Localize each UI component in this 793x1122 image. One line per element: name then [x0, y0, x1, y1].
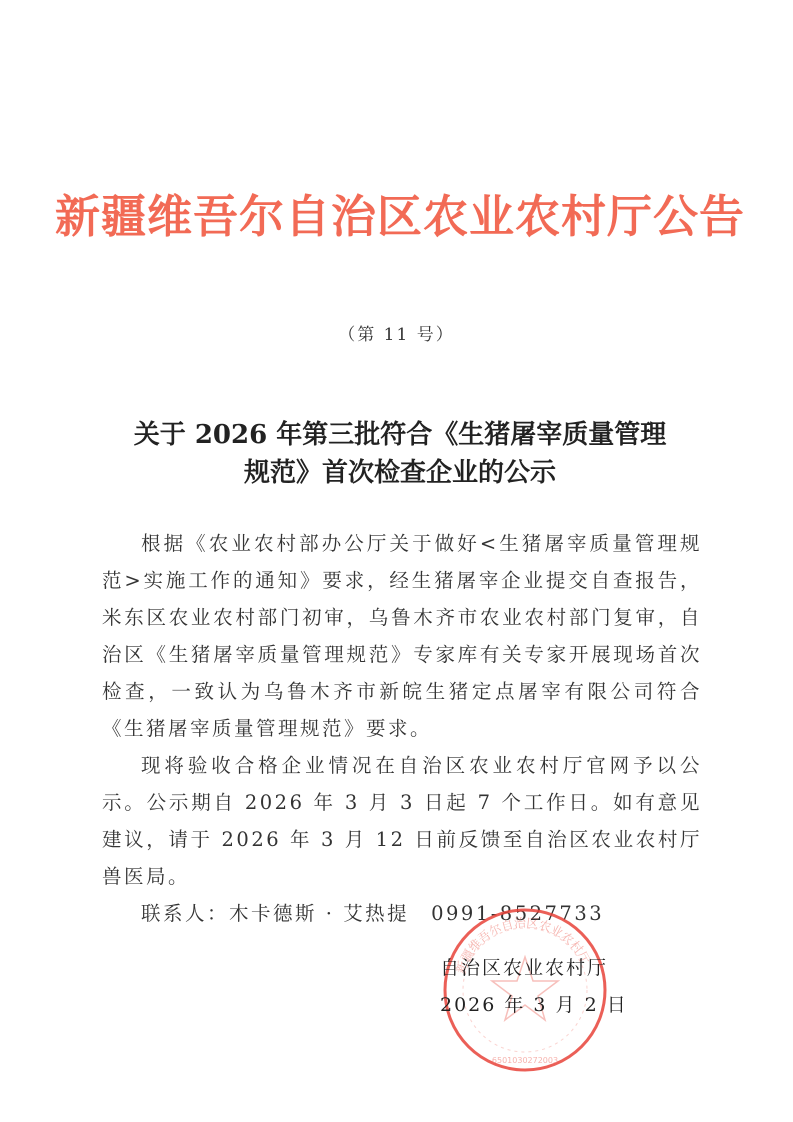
document-number: （第 11 号） — [0, 320, 793, 345]
body-paragraph: 现将验收合格企业情况在自治区农业农村厅官网予以公示。公示期自 2026 年 3 … — [102, 747, 702, 895]
document-body: 根据《农业农村部办公厅关于做好<生猪屠宰质量管理规范>实施工作的通知》要求，经生… — [102, 525, 702, 932]
document-page: 新疆维吾尔自治区农业农村厅公告 （第 11 号） 关于 2026 年第三批符合《… — [0, 0, 793, 1122]
title-line: 规范》首次检查企业的公示 — [95, 454, 705, 492]
signature-block: 自治区农业农村厅 2026 年 3 月 2 日 — [440, 950, 620, 1024]
document-title: 关于 2026 年第三批符合《生猪屠宰质量管理 规范》首次检查企业的公示 — [95, 416, 705, 492]
svg-text:6501030272003: 6501030272003 — [492, 1056, 558, 1065]
contact-line: 联系人：木卡德斯 · 艾热提 0991-8527733 — [102, 895, 702, 932]
signature-date: 2026 年 3 月 2 日 — [440, 987, 620, 1024]
signature-organization: 自治区农业农村厅 — [440, 950, 620, 987]
body-paragraph: 根据《农业农村部办公厅关于做好<生猪屠宰质量管理规范>实施工作的通知》要求，经生… — [102, 525, 702, 747]
title-line: 关于 2026 年第三批符合《生猪屠宰质量管理 — [95, 416, 705, 454]
masthead-title: 新疆维吾尔自治区农业农村厅公告 — [80, 172, 720, 252]
